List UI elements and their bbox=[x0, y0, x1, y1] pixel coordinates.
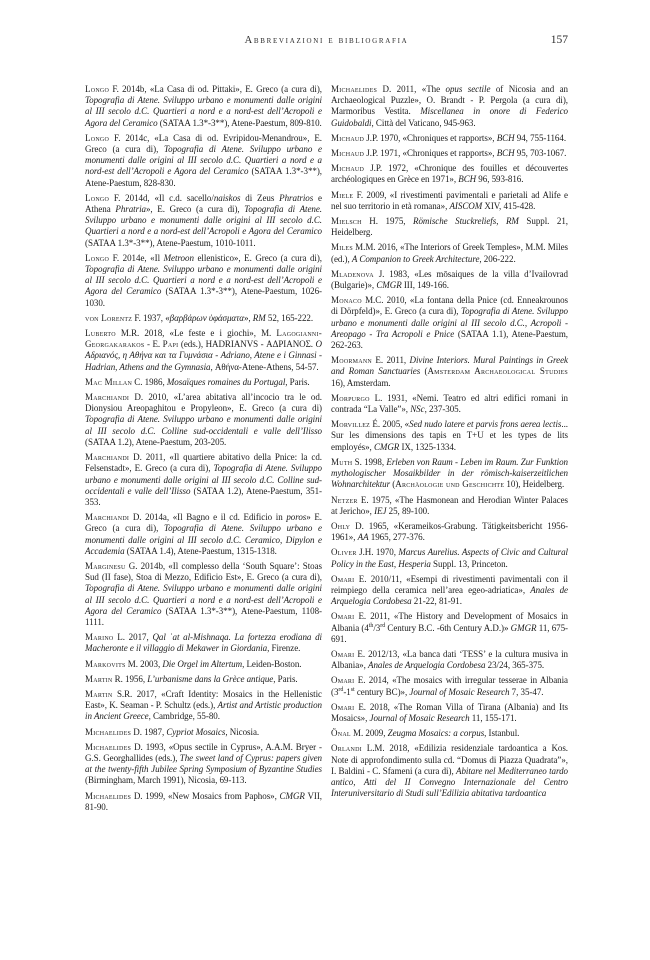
text-run: CMGR bbox=[280, 791, 305, 801]
text-run: M. 2003, bbox=[126, 659, 163, 669]
text-run: 96, 593-816. bbox=[476, 174, 523, 184]
text-run: Suppl. 13, Princeton. bbox=[431, 559, 508, 569]
text-run: , Nicosia. bbox=[225, 727, 259, 737]
bib-entry: Michaelides D. 2011, «The opus sectile o… bbox=[331, 84, 568, 129]
bib-entry: Longo F. 2014e, «Il Metroon ellenistico»… bbox=[85, 253, 322, 309]
text-run: BCH bbox=[497, 133, 515, 143]
text-run: A Companion to Greek Architecture bbox=[352, 254, 480, 264]
bib-entry: Morpurgo L. 1931, «Nemi. Teatro ed altri… bbox=[331, 393, 568, 415]
text-run: », E. Greco (a cura di), bbox=[146, 204, 244, 214]
text-run: 21-22, 81-91. bbox=[412, 596, 462, 606]
text-run: Longo bbox=[85, 253, 109, 263]
bib-column-right: Michaelides D. 2011, «The opus sectile o… bbox=[331, 84, 568, 817]
text-run: 1965, 277-376. bbox=[369, 532, 425, 542]
text-run: Oliver bbox=[331, 547, 357, 557]
text-run: Monaco bbox=[331, 295, 362, 305]
text-run: AISCOM bbox=[449, 201, 482, 211]
bib-entry: Omari E. 2018, «The Roman Villa of Tiran… bbox=[331, 702, 568, 724]
text-run: , Firenze. bbox=[267, 643, 300, 653]
bib-entry: Michaelides D. 1999, «New Mosaics from P… bbox=[85, 791, 322, 813]
text-run: βαρβάρων ὑφάσματα bbox=[170, 313, 244, 323]
bib-entry: Michaud J.P. 1970, «Chroniques et rappor… bbox=[331, 133, 568, 144]
page-header: Abbreviazioni e bibliografia 157 bbox=[85, 35, 568, 50]
text-run: AA bbox=[358, 532, 369, 542]
bib-entry: Mac Millan C. 1986, Mosaïques romaines d… bbox=[85, 377, 322, 388]
bib-entry: Omari E. 2011, «The History and Developm… bbox=[331, 611, 568, 645]
bib-entry: Önal M. 2009, Zeugma Mosaics: a corpus, … bbox=[331, 728, 568, 739]
text-run: NSc bbox=[410, 404, 424, 414]
text-run: , bbox=[496, 216, 506, 226]
text-run: 52, 165-222. bbox=[266, 313, 313, 323]
bib-entry: Longo F. 2014d, «Il c.d. sacello/naiskos… bbox=[85, 193, 322, 249]
bib-entry: Marchiandi D. 2010, «L’area abitativa al… bbox=[85, 392, 322, 448]
text-run: Century B.C. -6th Century A.D.)» bbox=[385, 623, 511, 633]
text-run: Morpurgo bbox=[331, 393, 370, 403]
text-run: 94, 755-1164. bbox=[515, 133, 566, 143]
text-run: , 237-305. bbox=[425, 404, 461, 414]
text-run: poros bbox=[286, 512, 306, 522]
bib-entry: Oliver J.H. 1970, Marcus Aurelius. Aspec… bbox=[331, 547, 568, 569]
text-run: J.H. 1970, bbox=[357, 547, 399, 557]
bib-entry: Orlandi L.M. 2018, «Edilizia residenzial… bbox=[331, 743, 568, 799]
text-run: Amsterdam Archaeological Studies bbox=[427, 366, 568, 376]
text-run: E. 1975, «The Hasmonean and Herodian Win… bbox=[331, 495, 568, 516]
text-run: XIV, 415-428. bbox=[482, 201, 535, 211]
text-run: Anales de Arquelogia Cordobesa bbox=[368, 660, 485, 670]
text-run: H. 1975, bbox=[362, 216, 413, 226]
text-run: (SATAA 1.2), Atene-Paestum, 203-205. bbox=[85, 437, 226, 447]
text-run: III, 149-166. bbox=[402, 280, 449, 290]
text-run: 11, 155-171. bbox=[470, 713, 517, 723]
text-run: Luberto bbox=[85, 328, 116, 338]
text-run: Marginesu bbox=[85, 561, 126, 571]
text-run: , Leiden-Boston. bbox=[242, 659, 301, 669]
bib-entry: Michaelides D. 1987, Cypriot Mosaics, Ni… bbox=[85, 727, 322, 738]
text-run: BCH bbox=[497, 148, 515, 158]
text-run: Markovits bbox=[85, 659, 126, 669]
text-run: M.R. 2018, «Le feste e i giochi», M. bbox=[116, 328, 277, 338]
text-run: Omari bbox=[331, 675, 354, 685]
text-run: Hesperia bbox=[398, 559, 431, 569]
bib-entry: Luberto M.R. 2018, «Le feste e i giochi»… bbox=[85, 328, 322, 373]
text-run: Journal of Mosaic Research bbox=[409, 687, 509, 697]
text-run: D. 1987, bbox=[131, 727, 166, 737]
text-run: RM bbox=[506, 216, 519, 226]
text-run: , Αθήνα-Atene-Athens, 54-57. bbox=[210, 362, 318, 372]
text-run: , Paris. bbox=[273, 674, 297, 684]
text-run: F. 2014b, «La Casa di od. Pittaki», E. G… bbox=[109, 84, 322, 94]
text-run: , Paris. bbox=[285, 377, 309, 387]
text-run: naiskos bbox=[214, 193, 241, 203]
text-run: 16), Amsterdam. bbox=[331, 378, 391, 388]
bib-entry: Muth S. 1998, Erleben von Raum - Leben i… bbox=[331, 457, 568, 491]
text-run: Topografia di Atene. Sviluppo urbano e m… bbox=[85, 414, 322, 435]
text-run: », bbox=[244, 313, 253, 323]
bib-entry: Longo F. 2014c, «La Casa di od. Evripido… bbox=[85, 133, 322, 189]
text-run: Michaud bbox=[331, 133, 364, 143]
text-run: F. 2014d, «Il c.d. sacello/ bbox=[109, 193, 214, 203]
text-run: CMGR bbox=[376, 280, 401, 290]
text-run: Mosaïques romaines du Portugal bbox=[167, 377, 285, 387]
bib-entry: Marchiandi D. 2011, «Il quartiere abitat… bbox=[85, 452, 322, 508]
text-run: J.P. 1971, «Chroniques et rapports», bbox=[364, 148, 497, 158]
text-run: (SATAA 1.3*-3**), Atene-Paestum, 809-810… bbox=[158, 118, 322, 128]
text-run: RM bbox=[253, 313, 266, 323]
text-run: Sed nudo latere et parvis frons aerea le… bbox=[409, 419, 561, 429]
text-run: Metroon bbox=[164, 253, 194, 263]
text-run: ellenistico», E. Greco (a cura di), bbox=[194, 253, 322, 263]
text-run: 23/24, 365-375. bbox=[485, 660, 544, 670]
text-run: Marchiandi bbox=[85, 392, 129, 402]
page-number: 157 bbox=[551, 34, 568, 46]
text-run: C. 1986, bbox=[132, 377, 167, 387]
text-run: , Istanbul. bbox=[484, 728, 519, 738]
bib-entry: Mielsch H. 1975, Römische Stuckreliefs, … bbox=[331, 216, 568, 238]
bib-entry: Marino L. 2017, Qal ʿat al-Mishnaqa. La … bbox=[85, 632, 322, 654]
text-run: Omari bbox=[331, 574, 354, 584]
text-run: E. 2011, bbox=[372, 355, 409, 365]
text-run: D. 1999, «New Mosaics from Paphos», bbox=[131, 791, 279, 801]
text-run: Phratrios bbox=[279, 193, 313, 203]
text-run: 25, 89-100. bbox=[386, 506, 429, 516]
text-run: , Cambridge, 55-80. bbox=[149, 711, 220, 721]
text-run: S. 1998, bbox=[352, 457, 386, 467]
text-run: -1 bbox=[343, 687, 350, 697]
text-run: Miele bbox=[331, 190, 353, 200]
bib-entry: Martin S.R. 2017, «Craft Identity: Mosai… bbox=[85, 689, 322, 723]
text-run: (SATAA 1.4), Atene-Paestum, 1315-1318. bbox=[125, 546, 277, 556]
text-run: J.P. 1972, «Chronique des fouilles et dé… bbox=[331, 163, 568, 184]
bib-entry: Netzer E. 1975, «The Hasmonean and Herod… bbox=[331, 495, 568, 517]
bibliography-columns: Longo F. 2014b, «La Casa di od. Pittaki»… bbox=[85, 84, 568, 817]
bib-entry: Morvillez É. 2005, «Sed nudo latere et p… bbox=[331, 419, 568, 453]
text-run: Mielsch bbox=[331, 216, 362, 226]
bib-entry: Miele F. 2009, «I rivestimenti pavimenta… bbox=[331, 190, 568, 212]
text-run: Papi bbox=[163, 339, 179, 349]
text-run: Omari bbox=[331, 649, 354, 659]
bib-entry: Michaud J.P. 1971, «Chroniques et rappor… bbox=[331, 148, 568, 159]
text-run: 10), Heidelberg. bbox=[504, 479, 564, 489]
text-run: Önal bbox=[331, 728, 351, 738]
bib-entry: Omari E. 2012/13, «La banca dati ‘TESS’ … bbox=[331, 649, 568, 671]
text-run: Omari bbox=[331, 611, 354, 621]
text-run: Muth bbox=[331, 457, 352, 467]
text-run: Martin bbox=[85, 674, 112, 684]
text-run: Archäologie und Geschichte bbox=[395, 479, 504, 489]
text-run: F. 2014e, «Il bbox=[109, 253, 164, 263]
text-run: Michaud bbox=[331, 163, 364, 173]
bib-entry: Marchiandi D. 2014a, «Il Bagno e il cd. … bbox=[85, 512, 322, 557]
text-run: (SATAA 1.3*-3**), Atene-Paestum, 1010-10… bbox=[85, 238, 256, 248]
bib-column-left: Longo F. 2014b, «La Casa di od. Pittaki»… bbox=[85, 84, 322, 817]
text-run: Orlandi bbox=[331, 743, 362, 753]
text-run: L. 2017, bbox=[114, 632, 153, 642]
text-run: 7, 35-47. bbox=[509, 687, 543, 697]
text-run: Morvillez bbox=[331, 419, 370, 429]
text-run: Moormann bbox=[331, 355, 372, 365]
text-run: Zeugma Mosaics: a corpus bbox=[388, 728, 485, 738]
text-run: Die Orgel im Altertum bbox=[162, 659, 242, 669]
text-run: Römische Stuckreliefs bbox=[413, 216, 496, 226]
text-run: GMGR bbox=[511, 623, 537, 633]
text-run: Netzer bbox=[331, 495, 358, 505]
bib-entry: Markovits M. 2003, Die Orgel im Altertum… bbox=[85, 659, 322, 670]
text-run: M. 2009, bbox=[351, 728, 388, 738]
text-run: Martin bbox=[85, 689, 112, 699]
text-run: Marino bbox=[85, 632, 114, 642]
text-run: D. 2011, «The bbox=[377, 84, 445, 94]
text-run: Michaelides bbox=[85, 742, 131, 752]
bib-entry: Longo F. 2014b, «La Casa di od. Pittaki»… bbox=[85, 84, 322, 129]
text-run: Longo bbox=[85, 84, 109, 94]
text-run: di Zeus bbox=[240, 193, 279, 203]
text-run: (Birmingham, March 1991), Nicosia, 69-11… bbox=[85, 775, 247, 785]
text-run: Omari bbox=[331, 702, 354, 712]
text-run: Marchiandi bbox=[85, 512, 129, 522]
bib-entry: Miles M.M. 2016, «The Interiors of Greek… bbox=[331, 242, 568, 264]
text-run: Michaelides bbox=[85, 791, 131, 801]
bib-entry: Moormann E. 2011, Divine Interiors. Mura… bbox=[331, 355, 568, 389]
bib-entry: Martin R. 1956, L’urbanisme dans la Grèc… bbox=[85, 674, 322, 685]
bib-entry: Ohly D. 1965, «Kerameikos-Grabung. Tätig… bbox=[331, 521, 568, 543]
text-run: Michaud bbox=[331, 148, 364, 158]
text-run: century BC)», bbox=[355, 687, 410, 697]
bib-entry: Omari E. 2014, «The mosaics with irregul… bbox=[331, 675, 568, 697]
text-run: , Città del Vaticano, 945-963. bbox=[372, 118, 476, 128]
text-run: von Lorentz bbox=[85, 313, 132, 323]
document-page: Abbreviazioni e bibliografia 157 Longo F… bbox=[85, 0, 568, 817]
text-run: Journal of Mosaic Research bbox=[370, 713, 470, 723]
text-run: (eds.), HADRIANVS - ΑΔΡΙΑΝΟΣ. bbox=[178, 339, 315, 349]
text-run: IX, 1325-1334. bbox=[399, 442, 456, 452]
text-run: É. 2005, « bbox=[370, 419, 409, 429]
text-run: Miles bbox=[331, 242, 353, 252]
text-run: Longo bbox=[85, 193, 109, 203]
text-run: Mac Millan bbox=[85, 377, 132, 387]
text-run: IEJ bbox=[374, 506, 386, 516]
text-run: J.P. 1970, «Chroniques et rapports», bbox=[364, 133, 497, 143]
bib-entry: Marginesu G. 2014b, «Il complesso della … bbox=[85, 561, 322, 628]
text-run: 95, 703-1067. bbox=[515, 148, 567, 158]
running-header-title: Abbreviazioni e bibliografia bbox=[85, 35, 568, 46]
text-run: BCH bbox=[458, 174, 476, 184]
text-run: - E. bbox=[144, 339, 162, 349]
text-run: Longo bbox=[85, 133, 109, 143]
text-run: CMGR bbox=[374, 442, 399, 452]
bib-entry: Monaco M.C. 2010, «La fontana della Pnic… bbox=[331, 295, 568, 351]
text-run: Mladenova bbox=[331, 269, 374, 279]
text-run: Cypriot Mosaics bbox=[166, 727, 225, 737]
text-run: Phratria bbox=[115, 204, 146, 214]
text-run: R. 1956, bbox=[112, 674, 147, 684]
text-run: F. 1937, « bbox=[132, 313, 170, 323]
text-run: Ohly bbox=[331, 521, 350, 531]
bib-entry: von Lorentz F. 1937, «βαρβάρων ὑφάσματα»… bbox=[85, 313, 322, 324]
text-run: , 206-222. bbox=[479, 254, 515, 264]
bib-entry: Omari E. 2010/11, «Esempi di rivestiment… bbox=[331, 574, 568, 608]
bib-entry: Mladenova J. 1983, «Les mōsaiques de la … bbox=[331, 269, 568, 291]
text-run: opus sectile bbox=[446, 84, 491, 94]
text-run: Michaelides bbox=[331, 84, 377, 94]
bib-entry: Michaelides D. 1993, «Opus sectile in Cy… bbox=[85, 742, 322, 787]
text-run: Marchiandi bbox=[85, 452, 129, 462]
text-run: Michaelides bbox=[85, 727, 131, 737]
text-run: D. 2014a, «Il Bagno e il cd. Edificio in bbox=[129, 512, 286, 522]
bib-entry: Michaud J.P. 1972, «Chronique des fouill… bbox=[331, 163, 568, 185]
text-run: L’urbanisme dans la Grèce antique bbox=[147, 674, 273, 684]
